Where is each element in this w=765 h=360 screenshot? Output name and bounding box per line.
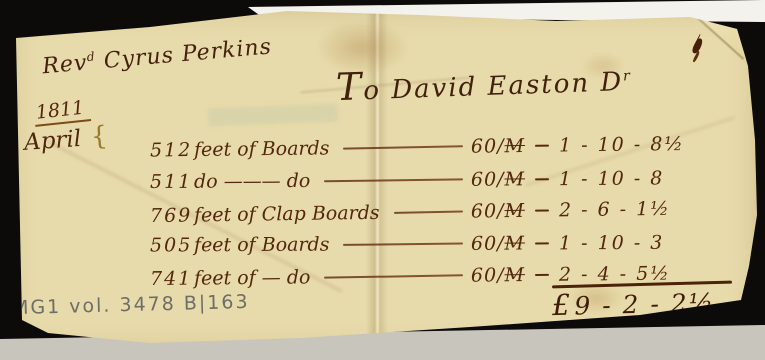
received-by-line: Revd Cyrus Perkins [41,34,273,79]
item-row: 769 feet of Clap Boards 60/M 2 - 6 - 1½ [150,195,727,229]
item-rate: 60/M [471,135,525,158]
debtor-text: To David Easton D [335,55,623,109]
month-brace: { [90,121,109,152]
ink-dash [535,242,549,244]
item-description: feet of Boards [194,137,330,161]
scan-canvas: Revd Cyrus Perkins To David Easton Dr 18… [0,0,765,360]
item-quantity: 512 [150,139,194,162]
ink-dash-rule [324,178,463,182]
ink-dash-rule [343,242,463,245]
item-rate: 60/M [471,264,525,287]
item-price: 1 - 10 - 8½ [559,132,727,156]
ink-dash-rule [343,145,463,149]
ink-blot [691,37,705,54]
item-quantity: 505 [150,234,194,256]
ink-dash [535,209,549,211]
receipt-paper: Revd Cyrus Perkins To David Easton Dr 18… [0,0,765,360]
item-quantity: 511 [150,171,194,193]
ink-dash [535,178,549,180]
item-rate: 60/M [471,200,525,223]
item-description: feet of Clap Boards [194,202,380,227]
ink-ghost-offset [208,104,339,127]
item-row: 505 feet of Boards 60/M 1 - 10 - 3 [150,229,727,258]
item-description: feet of Boards [194,234,330,257]
item-price: 2 - 6 - 1½ [559,197,727,221]
pound-sign: £ [552,288,573,323]
item-row: 512 feet of Boards 60/M 1 - 10 - 8½ [150,130,727,163]
total-amount: 9 - 2 - 2½ [574,288,715,321]
item-price: 1 - 10 - 8 [559,167,727,190]
item-description: feet of — do [194,266,311,289]
month-text: April [23,126,82,156]
received-name: Cyrus Perkins [95,34,273,74]
total-line: £9 - 2 - 2½ [552,284,716,322]
ink-dash-rule [324,274,463,278]
item-description: do ——— do [194,170,310,193]
received-prefix: Rev [41,50,88,79]
item-row: 511 do ——— do 60/M 1 - 10 - 8 [150,165,727,195]
item-quantity: 769 [150,204,194,227]
debtor-superscript: r [623,68,632,84]
item-rate: 60/M [471,168,525,190]
archive-reference-note: MG1 vol. 3478 B|163 [12,291,250,319]
ink-dash-rule [394,210,463,213]
ink-dash [535,145,549,147]
month-label: April{ [23,121,108,157]
debtor-line: To David Easton Dr [335,55,632,109]
item-quantity: 741 [150,268,194,290]
item-rate: 60/M [471,233,525,255]
ink-dash [535,274,549,276]
item-price: 1 - 10 - 3 [559,231,727,254]
